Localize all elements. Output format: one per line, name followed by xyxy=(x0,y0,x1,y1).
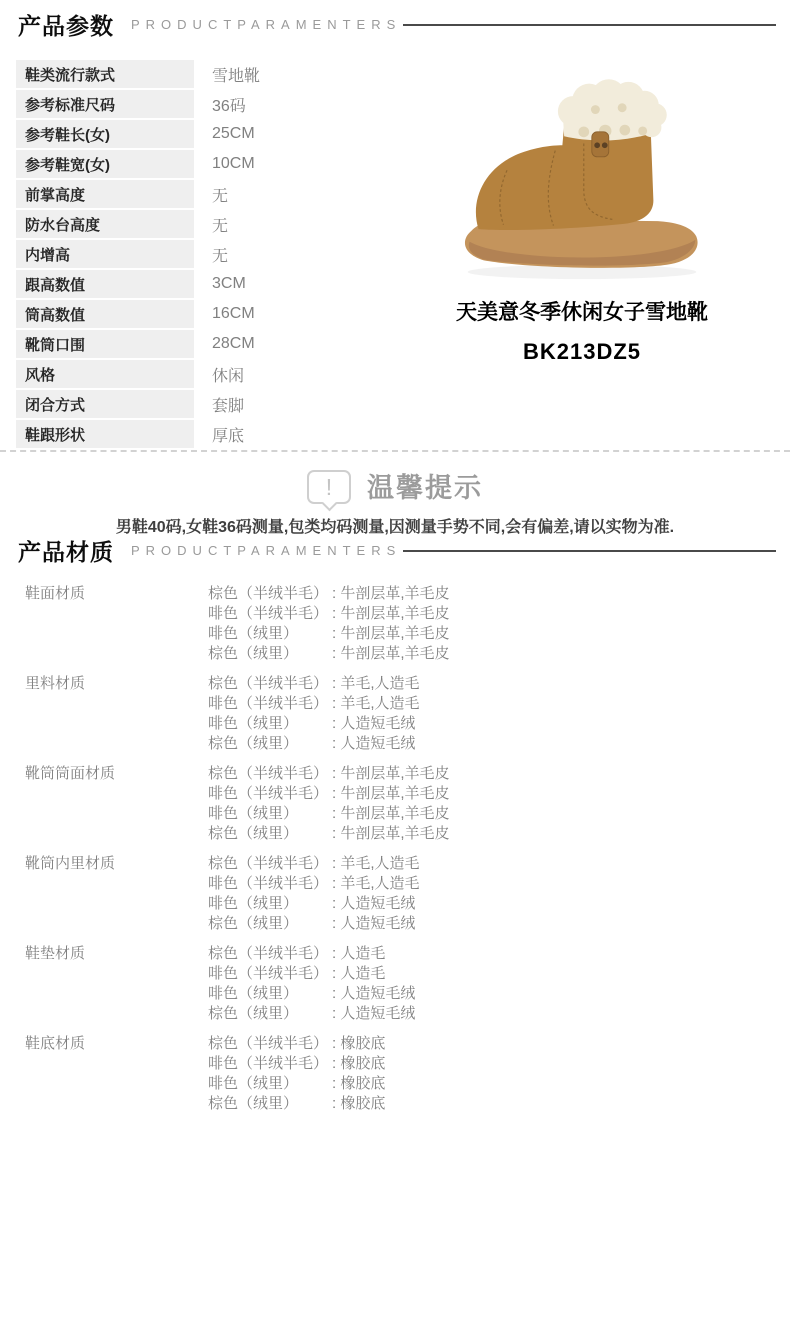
header-rule-line xyxy=(403,550,776,552)
material-value: 人造短毛绒 xyxy=(332,984,415,1004)
exclamation-bubble-icon: ! xyxy=(307,470,351,504)
material-value: 人造短毛绒 xyxy=(332,734,415,754)
params-table: 鞋类流行款式 雪地靴 参考标准尺码 36码 参考鞋长(女) 25CM 参考鞋宽(… xyxy=(16,60,396,450)
material-variant: 棕色（绒里） xyxy=(208,1004,332,1024)
param-row: 跟高数值 3CM xyxy=(16,270,396,298)
param-value: 无 xyxy=(194,180,228,208)
material-value: 橡胶底 xyxy=(332,1094,385,1114)
material-variant: 棕色（绒里） xyxy=(208,644,332,664)
material-value: 牛剖层革,羊毛皮 xyxy=(332,624,450,644)
material-line: 啡色（绒里） 牛剖层革,羊毛皮 xyxy=(208,804,770,824)
material-line: 啡色（绒里） 人造短毛绒 xyxy=(208,714,770,734)
material-line: 啡色（绒里） 橡胶底 xyxy=(208,1074,770,1094)
materials-list: 鞋面材质 棕色（半绒半毛） 牛剖层革,羊毛皮 啡色（半绒半毛） 牛剖层革,羊毛皮 xyxy=(25,584,770,1124)
materials-section-title: 产品材质 xyxy=(18,534,114,567)
material-line: 棕色（绒里） 人造短毛绒 xyxy=(208,734,770,754)
material-lines: 棕色（半绒半毛） 人造毛 啡色（半绒半毛） 人造毛 啡色（绒里） 人造短毛绒 xyxy=(208,944,770,1024)
material-lines: 棕色（半绒半毛） 牛剖层革,羊毛皮 啡色（半绒半毛） 牛剖层革,羊毛皮 啡色（绒… xyxy=(208,764,770,844)
param-row: 参考鞋宽(女) 10CM xyxy=(16,150,396,178)
material-line: 棕色（半绒半毛） 人造毛 xyxy=(208,944,770,964)
param-label: 参考鞋宽(女) xyxy=(16,150,194,178)
material-variant: 棕色（半绒半毛） xyxy=(208,674,332,694)
material-block: 鞋面材质 棕色（半绒半毛） 牛剖层革,羊毛皮 啡色（半绒半毛） 牛剖层革,羊毛皮 xyxy=(25,584,770,664)
material-line: 啡色（绒里） 人造短毛绒 xyxy=(208,984,770,1004)
material-variant: 啡色（绒里） xyxy=(208,804,332,824)
material-value: 牛剖层革,羊毛皮 xyxy=(332,824,450,844)
param-row: 参考标准尺码 36码 xyxy=(16,90,396,118)
product-detail-page: 产品参数 PRODUCTPARAMENTERS 鞋类流行款式 雪地靴 参考标准尺… xyxy=(0,0,790,1330)
param-value: 套脚 xyxy=(194,390,244,418)
param-value: 36码 xyxy=(194,90,246,118)
material-block: 靴筒内里材质 棕色（半绒半毛） 羊毛,人造毛 啡色（半绒半毛） 羊毛,人造毛 xyxy=(25,854,770,934)
material-value: 人造短毛绒 xyxy=(332,894,415,914)
material-line: 棕色（半绒半毛） 牛剖层革,羊毛皮 xyxy=(208,584,770,604)
material-line: 啡色（绒里） 牛剖层革,羊毛皮 xyxy=(208,624,770,644)
param-row: 闭合方式 套脚 xyxy=(16,390,396,418)
material-line: 啡色（半绒半毛） 人造毛 xyxy=(208,964,770,984)
params-section-subtitle: PRODUCTPARAMENTERS xyxy=(131,17,401,32)
params-section-header: 产品参数 PRODUCTPARAMENTERS xyxy=(18,8,776,41)
tips-section: ! 温馨提示 男鞋40码,女鞋36码测量,包类均码测量,因测量手势不同,会有偏差… xyxy=(0,460,790,537)
material-variant: 棕色（半绒半毛） xyxy=(208,1034,332,1054)
boot-fur-cuff xyxy=(558,79,667,140)
material-value: 人造毛 xyxy=(332,964,385,984)
material-block: 鞋底材质 棕色（半绒半毛） 橡胶底 啡色（半绒半毛） 橡胶底 xyxy=(25,1034,770,1114)
material-value: 羊毛,人造毛 xyxy=(332,674,420,694)
material-label: 鞋垫材质 xyxy=(25,944,208,1024)
materials-section-subtitle: PRODUCTPARAMENTERS xyxy=(131,543,401,558)
product-model-code: BK213DZ5 xyxy=(385,339,779,365)
material-value: 橡胶底 xyxy=(332,1054,385,1074)
material-value: 羊毛,人造毛 xyxy=(332,854,420,874)
material-line: 棕色（半绒半毛） 羊毛,人造毛 xyxy=(208,674,770,694)
material-lines: 棕色（半绒半毛） 牛剖层革,羊毛皮 啡色（半绒半毛） 牛剖层革,羊毛皮 啡色（绒… xyxy=(208,584,770,664)
param-value: 10CM xyxy=(194,150,255,178)
param-row: 鞋跟形状 厚底 xyxy=(16,420,396,448)
param-row: 防水台高度 无 xyxy=(16,210,396,238)
material-variant: 棕色（绒里） xyxy=(208,914,332,934)
material-variant: 棕色（半绒半毛） xyxy=(208,584,332,604)
material-line: 棕色（半绒半毛） 羊毛,人造毛 xyxy=(208,854,770,874)
material-block: 鞋垫材质 棕色（半绒半毛） 人造毛 啡色（半绒半毛） 人造毛 xyxy=(25,944,770,1024)
param-value: 雪地靴 xyxy=(194,60,260,88)
material-line: 棕色（绒里） 人造短毛绒 xyxy=(208,1004,770,1024)
material-variant: 棕色（绒里） xyxy=(208,824,332,844)
material-value: 牛剖层革,羊毛皮 xyxy=(332,644,450,664)
param-row: 前掌高度 无 xyxy=(16,180,396,208)
material-value: 牛剖层革,羊毛皮 xyxy=(332,804,450,824)
product-name: 天美意冬季休闲女子雪地靴 xyxy=(385,296,779,326)
material-line: 啡色（绒里） 人造短毛绒 xyxy=(208,894,770,914)
param-value: 无 xyxy=(194,240,228,268)
material-block: 里料材质 棕色（半绒半毛） 羊毛,人造毛 啡色（半绒半毛） 羊毛,人造毛 xyxy=(25,674,770,754)
param-row: 筒高数值 16CM xyxy=(16,300,396,328)
snow-boot-illustration xyxy=(448,56,716,288)
material-variant: 啡色（半绒半毛） xyxy=(208,784,332,804)
param-label: 防水台高度 xyxy=(16,210,194,238)
material-label: 靴筒筒面材质 xyxy=(25,764,208,844)
param-value: 16CM xyxy=(194,300,255,328)
material-line: 啡色（半绒半毛） 羊毛,人造毛 xyxy=(208,694,770,714)
params-section-title: 产品参数 xyxy=(18,8,114,41)
param-label: 参考鞋长(女) xyxy=(16,120,194,148)
material-label: 鞋底材质 xyxy=(25,1034,208,1114)
tips-title: 温馨提示 xyxy=(367,466,483,505)
param-label: 闭合方式 xyxy=(16,390,194,418)
material-value: 牛剖层革,羊毛皮 xyxy=(332,784,450,804)
param-row: 内增高 无 xyxy=(16,240,396,268)
material-block: 靴筒筒面材质 棕色（半绒半毛） 牛剖层革,羊毛皮 啡色（半绒半毛） 牛剖层革,羊… xyxy=(25,764,770,844)
material-line: 棕色（绒里） 牛剖层革,羊毛皮 xyxy=(208,644,770,664)
param-label: 筒高数值 xyxy=(16,300,194,328)
param-row: 风格 休闲 xyxy=(16,360,396,388)
material-variant: 啡色（半绒半毛） xyxy=(208,694,332,714)
material-value: 牛剖层革,羊毛皮 xyxy=(332,764,450,784)
material-value: 人造毛 xyxy=(332,944,385,964)
material-lines: 棕色（半绒半毛） 羊毛,人造毛 啡色（半绒半毛） 羊毛,人造毛 啡色（绒里） 人… xyxy=(208,854,770,934)
product-panel: 天美意冬季休闲女子雪地靴 BK213DZ5 xyxy=(385,56,779,365)
material-variant: 啡色（绒里） xyxy=(208,894,332,914)
param-row: 参考鞋长(女) 25CM xyxy=(16,120,396,148)
material-variant: 啡色（绒里） xyxy=(208,624,332,644)
material-variant: 棕色（半绒半毛） xyxy=(208,854,332,874)
material-value: 牛剖层革,羊毛皮 xyxy=(332,584,450,604)
material-line: 棕色（半绒半毛） 牛剖层革,羊毛皮 xyxy=(208,764,770,784)
material-value: 牛剖层革,羊毛皮 xyxy=(332,604,450,624)
material-line: 棕色（绒里） 橡胶底 xyxy=(208,1094,770,1114)
param-value: 3CM xyxy=(194,270,246,298)
param-label: 风格 xyxy=(16,360,194,388)
material-value: 橡胶底 xyxy=(332,1034,385,1054)
material-label: 靴筒内里材质 xyxy=(25,854,208,934)
param-label: 靴筒口围 xyxy=(16,330,194,358)
material-variant: 啡色（绒里） xyxy=(208,714,332,734)
material-line: 啡色（半绒半毛） 羊毛,人造毛 xyxy=(208,874,770,894)
material-value: 羊毛,人造毛 xyxy=(332,694,420,714)
material-variant: 棕色（绒里） xyxy=(208,1094,332,1114)
param-label: 跟高数值 xyxy=(16,270,194,298)
materials-section-header: 产品材质 PRODUCTPARAMENTERS xyxy=(18,534,776,567)
param-label: 鞋类流行款式 xyxy=(16,60,194,88)
material-value: 橡胶底 xyxy=(332,1074,385,1094)
material-variant: 棕色（半绒半毛） xyxy=(208,944,332,964)
param-label: 内增高 xyxy=(16,240,194,268)
dashed-divider xyxy=(0,450,790,452)
material-value: 羊毛,人造毛 xyxy=(332,874,420,894)
param-value: 25CM xyxy=(194,120,255,148)
material-value: 人造短毛绒 xyxy=(332,1004,415,1024)
material-variant: 啡色（绒里） xyxy=(208,984,332,1004)
header-rule-line xyxy=(403,24,776,26)
param-label: 鞋跟形状 xyxy=(16,420,194,448)
material-line: 棕色（绒里） 人造短毛绒 xyxy=(208,914,770,934)
material-variant: 啡色（半绒半毛） xyxy=(208,964,332,984)
material-line: 啡色（半绒半毛） 橡胶底 xyxy=(208,1054,770,1074)
material-value: 人造短毛绒 xyxy=(332,714,415,734)
param-value: 休闲 xyxy=(194,360,244,388)
material-lines: 棕色（半绒半毛） 羊毛,人造毛 啡色（半绒半毛） 羊毛,人造毛 啡色（绒里） 人… xyxy=(208,674,770,754)
material-value: 人造短毛绒 xyxy=(332,914,415,934)
material-variant: 啡色（绒里） xyxy=(208,1074,332,1094)
material-label: 鞋面材质 xyxy=(25,584,208,664)
param-row: 鞋类流行款式 雪地靴 xyxy=(16,60,396,88)
material-line: 棕色（半绒半毛） 橡胶底 xyxy=(208,1034,770,1054)
param-value: 厚底 xyxy=(194,420,244,448)
exclamation-glyph: ! xyxy=(326,474,332,501)
material-line: 啡色（半绒半毛） 牛剖层革,羊毛皮 xyxy=(208,604,770,624)
param-label: 参考标准尺码 xyxy=(16,90,194,118)
material-variant: 啡色（半绒半毛） xyxy=(208,604,332,624)
material-label: 里料材质 xyxy=(25,674,208,754)
material-variant: 棕色（绒里） xyxy=(208,734,332,754)
param-value: 28CM xyxy=(194,330,255,358)
tips-header: ! 温馨提示 xyxy=(0,460,790,505)
material-variant: 啡色（半绒半毛） xyxy=(208,874,332,894)
material-line: 棕色（绒里） 牛剖层革,羊毛皮 xyxy=(208,824,770,844)
material-lines: 棕色（半绒半毛） 橡胶底 啡色（半绒半毛） 橡胶底 啡色（绒里） 橡胶底 xyxy=(208,1034,770,1114)
param-row: 靴筒口围 28CM xyxy=(16,330,396,358)
param-label: 前掌高度 xyxy=(16,180,194,208)
material-line: 啡色（半绒半毛） 牛剖层革,羊毛皮 xyxy=(208,784,770,804)
material-variant: 棕色（半绒半毛） xyxy=(208,764,332,784)
material-variant: 啡色（半绒半毛） xyxy=(208,1054,332,1074)
param-value: 无 xyxy=(194,210,228,238)
